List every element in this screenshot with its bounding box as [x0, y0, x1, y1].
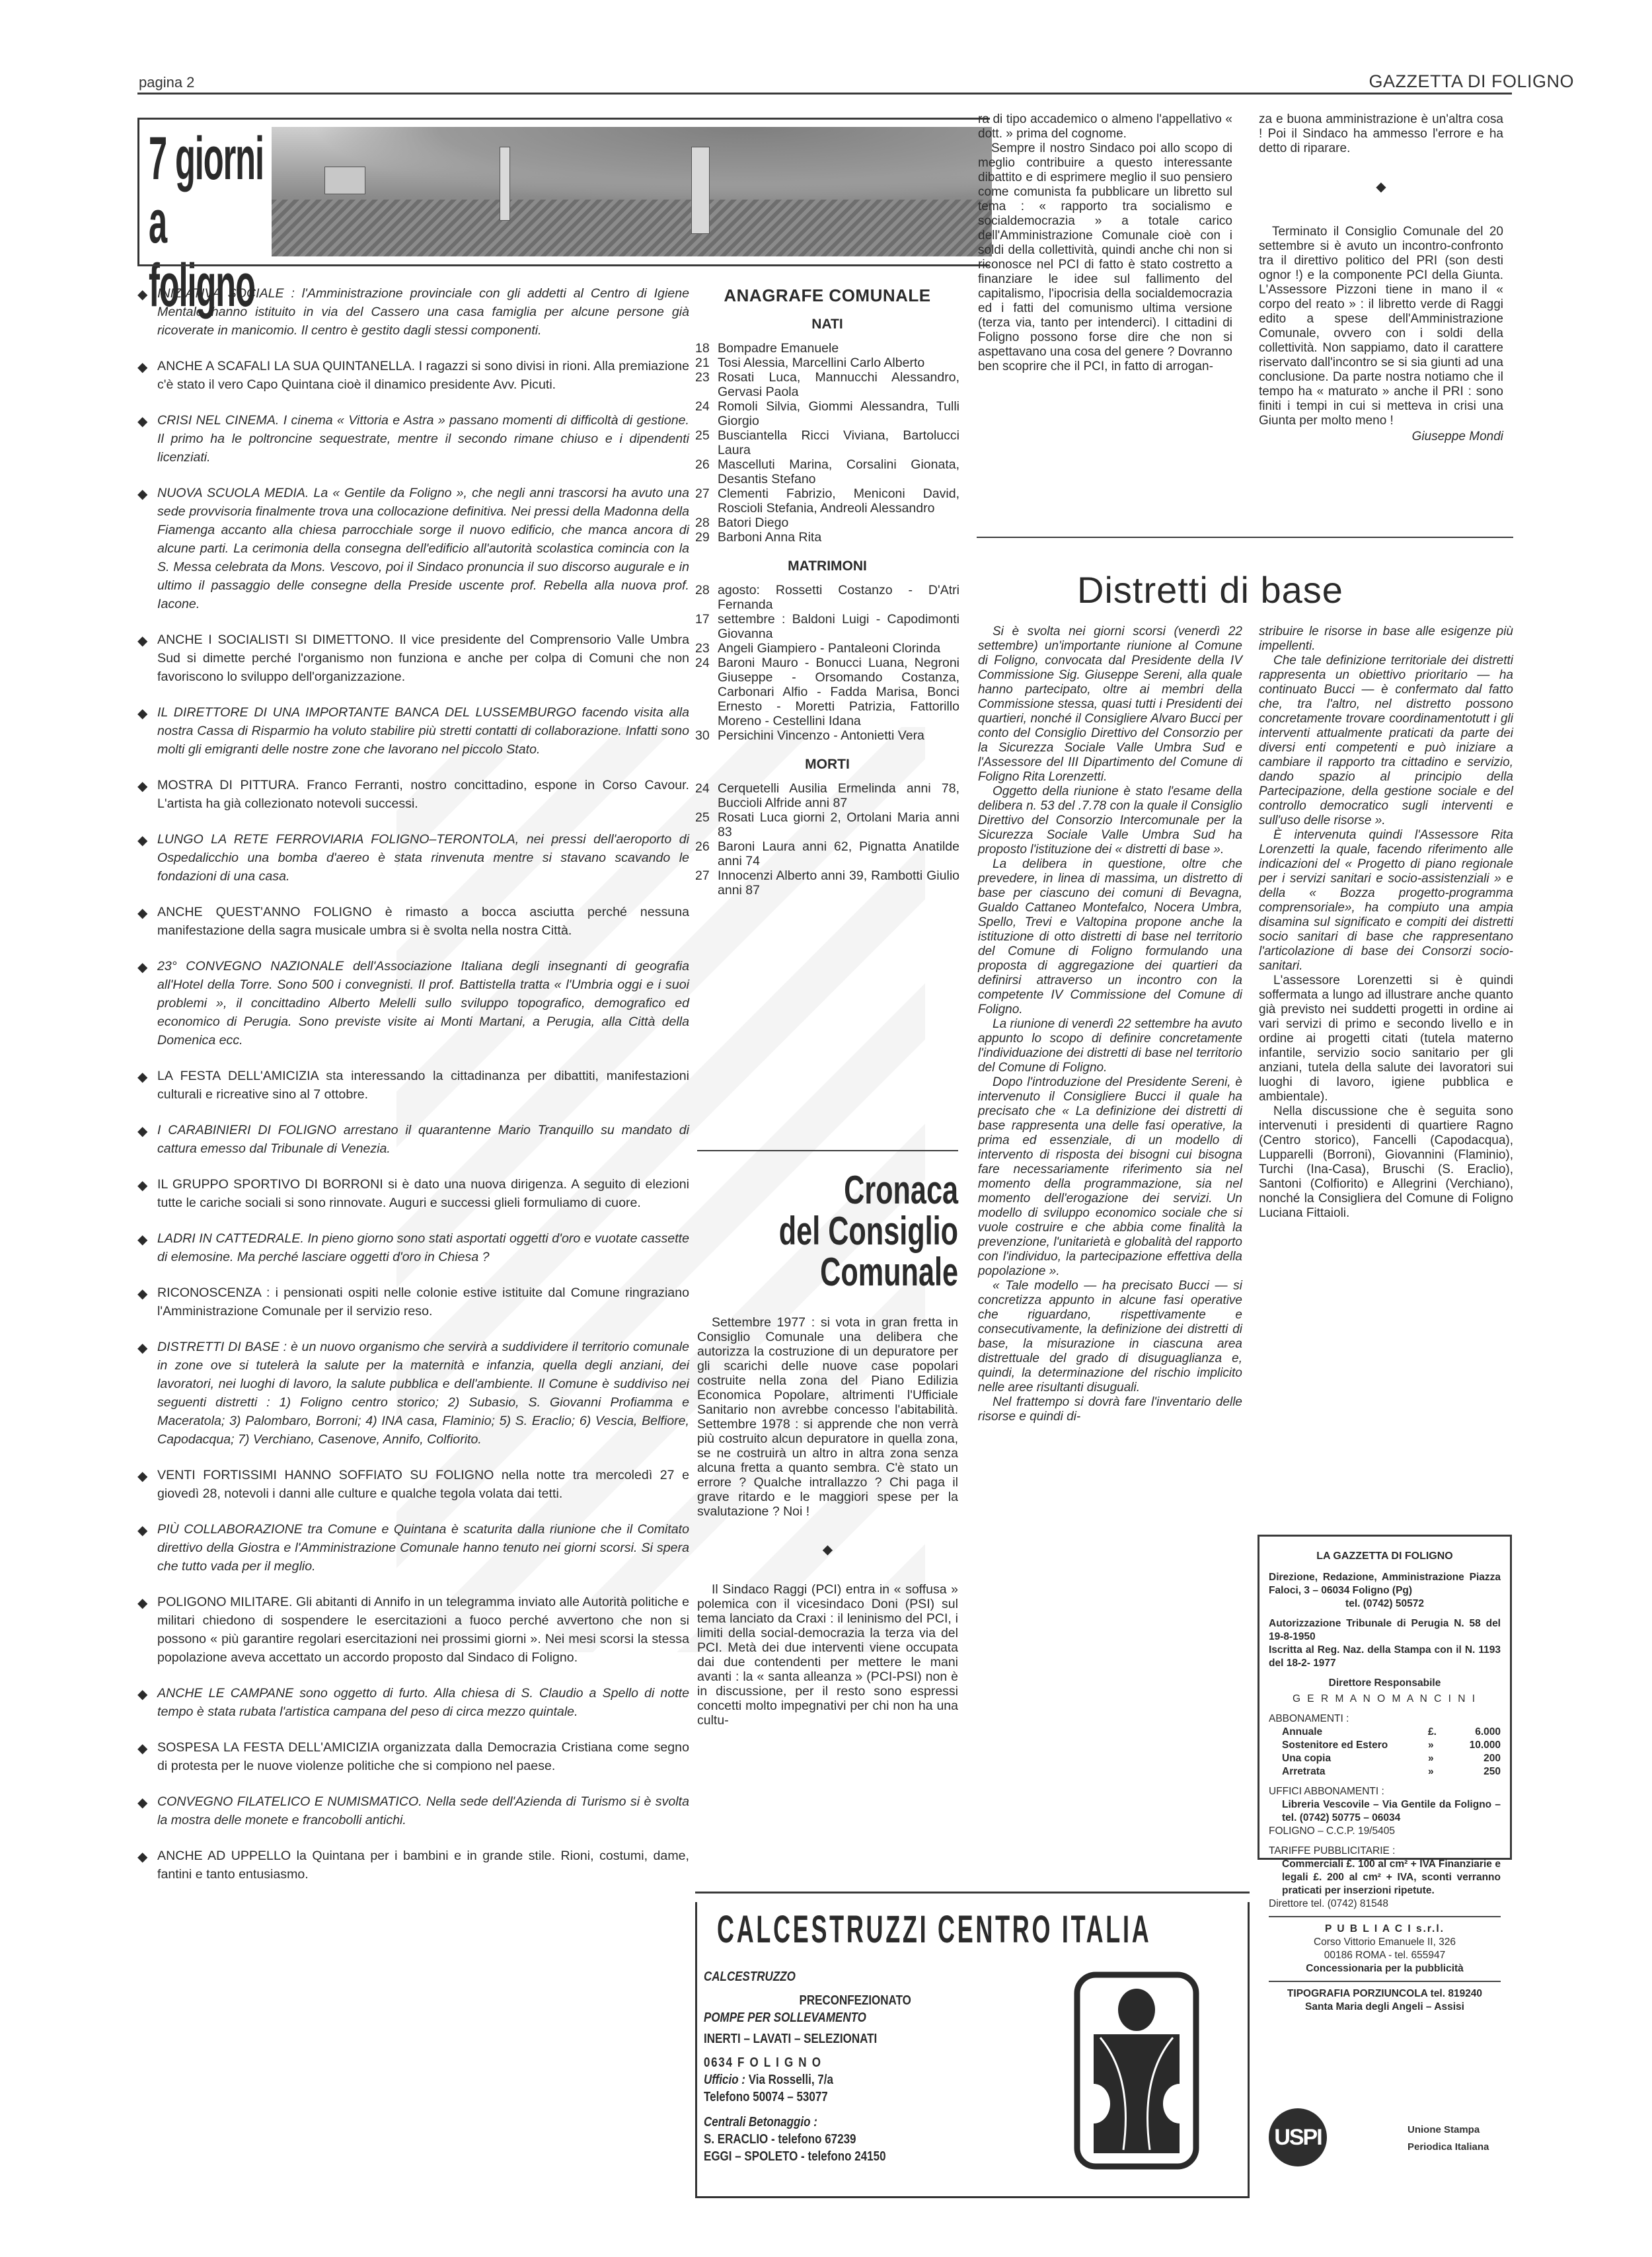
diamond-bullet-icon: ◆: [137, 705, 147, 723]
entry-names: Bompadre Emanuele: [718, 341, 959, 356]
entry-names: Barboni Anna Rita: [718, 530, 959, 545]
colophon-address: Direzione, Redazione, Amministrazione Pi…: [1269, 1571, 1501, 1597]
entry-day: 23: [695, 370, 718, 399]
news-item: ◆SOSPESA LA FESTA DELL'AMICIZIA organizz…: [137, 1738, 689, 1775]
matrimoni-entry: 17settembre : Baldoni Luigi - Capodimont…: [695, 612, 959, 641]
bell-tower-shape: [691, 147, 710, 234]
diamond-bullet-icon: ◆: [137, 1794, 147, 1812]
advert-line: Telefono 50074 – 53077: [704, 2088, 940, 2106]
currency-mark: »: [1428, 1739, 1448, 1752]
news-item: ◆DISTRETTI DI BASE : è un nuovo organism…: [137, 1338, 689, 1449]
diamond-bullet-icon: ◆: [137, 1594, 147, 1613]
entry-day: 28: [695, 516, 718, 530]
nati-entry: 23Rosati Luca, Mannucchi Alessandro, Ger…: [695, 370, 959, 399]
news-item: ◆LADRI IN CATTEDRALE. In pieno giorno so…: [137, 1229, 689, 1266]
agency-address: Corso Vittorio Emanuele II, 326: [1269, 1936, 1501, 1949]
morti-heading: MORTI: [695, 757, 959, 772]
subscription-price: 200: [1448, 1752, 1501, 1765]
entry-day: 24: [695, 656, 718, 728]
diamond-bullet-icon: ◆: [137, 412, 147, 431]
news-item: ◆23° CONVEGNO NAZIONALE dell'Associazion…: [137, 957, 689, 1050]
news-lead: IL GRUPPO SPORTIVO DI BORRONI: [157, 1177, 383, 1192]
diamond-bullet-icon: ◆: [137, 777, 147, 796]
entry-day: 29: [695, 530, 718, 545]
entry-day: 24: [695, 399, 718, 428]
news-lead: IL DIRETTORE DI UNA IMPORTANTE BANCA DEL…: [157, 705, 576, 720]
distretti-paragraph: Nella discussione che è seguita sono int…: [1259, 1104, 1513, 1221]
entry-day: 27: [695, 868, 718, 898]
section-rule: [977, 537, 1513, 538]
diamond-bullet-icon: ◆: [137, 1848, 147, 1866]
colophon-authorization: Autorizzazione Tribunale di Perugia N. 5…: [1269, 1617, 1501, 1644]
entry-day: 28: [695, 583, 718, 612]
page-number: pagina 2: [139, 74, 194, 91]
nati-entry: 18Bompadre Emanuele: [695, 341, 959, 356]
divider: [1269, 1916, 1501, 1917]
news-lead: CRISI NEL CINEMA.: [157, 413, 279, 428]
news-item: ◆ANCHE AD UPPELLO la Quintana per i bamb…: [137, 1847, 689, 1884]
news-item: ◆CONVEGNO FILATELICO E NUMISMATICO. Nell…: [137, 1792, 689, 1829]
news-lead: PIÙ COLLABORAZIONE: [157, 1522, 303, 1537]
rates-text: Commerciali £. 100 al cm² + IVA Finanzia…: [1269, 1858, 1501, 1897]
news-lead: ANCHE QUEST'ANNO FOLIGNO: [157, 905, 372, 919]
news-item: ◆VENTI FORTISSIMI HANNO SOFFIATO SU FOLI…: [137, 1466, 689, 1503]
diamond-bullet-icon: ◆: [137, 632, 147, 650]
news-item: ◆LUNGO LA RETE FERROVIARIA FOLIGNO–TERON…: [137, 830, 689, 886]
uspi-label: Unione Stampa Periodica Italiana: [1408, 2122, 1489, 2156]
nati-heading: NATI: [695, 317, 959, 332]
colophon-phone: tel. (0742) 50572: [1269, 1597, 1501, 1611]
news-item: ◆IL DIRETTORE DI UNA IMPORTANTE BANCA DE…: [137, 703, 689, 759]
author-signature: Giuseppe Mondi: [1259, 430, 1503, 444]
office-label: Ufficio :: [704, 2073, 745, 2087]
cronaca-paragraph: Settembre 1977 : si vota in gran fretta …: [697, 1315, 958, 1519]
offices-text: Libreria Vescovile – Via Gentile da Foli…: [1269, 1798, 1501, 1825]
printer-location: Santa Maria degli Angeli – Assisi: [1269, 2001, 1501, 2014]
news-item: ◆NUOVA SCUOLA MEDIA. La « Gentile da Fol…: [137, 484, 689, 613]
news-lead: ANCHE AD UPPELLO: [157, 1849, 291, 1863]
entry-names: Clementi Fabrizio, Meniconi David, Rosci…: [718, 486, 959, 516]
morti-entry: 24Cerquetelli Ausilia Ermelinda anni 78,…: [695, 781, 959, 810]
nati-entry: 29Barboni Anna Rita: [695, 530, 959, 545]
subscription-row: Una copia»200: [1269, 1752, 1501, 1765]
diamond-bullet-icon: ◆: [137, 831, 147, 850]
news-lead: ANCHE I SOCIALISTI SI DIMETTONO.: [157, 632, 394, 647]
diamond-bullet-icon: ◆: [137, 1176, 147, 1195]
news-lead: POLIGONO MILITARE.: [157, 1595, 292, 1609]
matrimoni-entry: 24Baroni Mauro - Bonucci Luana, Negroni …: [695, 656, 959, 728]
advert-line: PRECONFEZIONATO: [704, 1992, 940, 2009]
news-lead: ANCHE A SCAFALI LA SUA QUINTANELLA.: [157, 359, 415, 373]
diamond-bullet-icon: ◆: [137, 358, 147, 377]
news-lead: INIZIATIVA SOCIALE :: [157, 286, 295, 301]
director-label: Direttore Responsabile: [1269, 1677, 1501, 1690]
offices-label: UFFICI ABBONAMENTI :: [1269, 1785, 1501, 1798]
diamond-bullet-icon: ◆: [137, 1467, 147, 1486]
news-item: ◆IL GRUPPO SPORTIVO DI BORRONI si è dato…: [137, 1175, 689, 1212]
building-shape: [324, 167, 365, 194]
entry-day: 24: [695, 781, 718, 810]
distretti-paragraph: Dopo l'introduzione del Presidente Seren…: [978, 1075, 1242, 1279]
news-item: ◆I CARABINIERI DI FOLIGNO arrestano il q…: [137, 1121, 689, 1158]
cronaca-title-line2: del Consiglio: [697, 1211, 958, 1252]
news-body: è un nuovo organismo che servirà a suddi…: [157, 1340, 689, 1447]
colophon-box: LA GAZZETTA DI FOLIGNO Direzione, Redazi…: [1258, 1535, 1512, 1860]
cronaca-paragraph: Terminato il Consiglio Comunale del 20 s…: [1259, 225, 1503, 428]
subscription-price: 6.000: [1448, 1726, 1501, 1739]
cronaca-paragraph: za e buona amministrazione è un'altra co…: [1259, 112, 1503, 156]
cronaca-title: Cronaca del Consiglio Comunale: [697, 1170, 958, 1293]
entry-day: 30: [695, 728, 718, 743]
entry-names: Baroni Mauro - Bonucci Luana, Negroni Gi…: [718, 656, 959, 728]
diamond-bullet-icon: ◆: [137, 286, 147, 304]
subscription-price: 10.000: [1448, 1739, 1501, 1752]
entry-names: Rosati Luca giorni 2, Ortolani Maria ann…: [718, 810, 959, 839]
cronaca-body: Settembre 1977 : si vota in gran fretta …: [697, 1315, 958, 1728]
distretti-paragraph: La delibera in questione, oltre che prev…: [978, 857, 1242, 1017]
advert-line: S. ERACLIO - telefono 67239: [704, 2131, 940, 2148]
diamond-bullet-icon: ◆: [137, 1231, 147, 1249]
uspi-line1: Unione Stampa: [1408, 2122, 1489, 2139]
entry-names: Angeli Giampiero - Pantaleoni Clorinda: [718, 641, 959, 656]
advert-line: Ufficio : Via Rosselli, 7/a: [704, 2071, 940, 2088]
masthead: 7 giorni a foligno: [137, 119, 992, 264]
matrimoni-heading: MATRIMONI: [695, 559, 959, 574]
distretti-paragraph: La riunione di venerdì 22 settembre ha a…: [978, 1017, 1242, 1075]
printer-name: TIPOGRAFIA PORZIUNCOLA tel. 819240: [1269, 1987, 1501, 2001]
entry-names: Romoli Silvia, Giommi Alessandra, Tulli …: [718, 399, 959, 428]
rooftops-shape: [272, 200, 992, 256]
entry-names: Rosati Luca, Mannucchi Alessandro, Gerva…: [718, 370, 959, 399]
cronaca-title-line3: Comunale: [697, 1252, 958, 1293]
diamond-bullet-icon: ◆: [137, 1521, 147, 1540]
news-item: ◆LA FESTA DELL'AMICIZIA sta interessando…: [137, 1067, 689, 1104]
agency-city: 00186 ROMA - tel. 655947: [1269, 1949, 1501, 1962]
subscription-type: Annuale: [1282, 1726, 1428, 1739]
news-lead: LUNGO LA RETE FERROVIARIA FOLIGNO–TERONT…: [157, 832, 519, 847]
news-item: ◆RICONOSCENZA : i pensionati ospiti nell…: [137, 1283, 689, 1320]
masthead-bottom-rule: [137, 264, 990, 266]
entry-names: Baroni Laura anni 62, Pignatta Anatilde …: [718, 839, 959, 868]
morti-list: 24Cerquetelli Ausilia Ermelinda anni 78,…: [695, 781, 959, 898]
postal-account: FOLIGNO – C.C.P. 19/5405: [1269, 1825, 1501, 1838]
distretti-title: Distretti di base: [1077, 568, 1343, 611]
entry-names: Busciantella Ricci Viviana, Bartolucci L…: [718, 428, 959, 457]
nati-entry: 25Busciantella Ricci Viviana, Bartolucci…: [695, 428, 959, 457]
distretti-col1: Si è svolta nei giorni scorsi (venerdì 2…: [978, 625, 1242, 1424]
divider: [1269, 1981, 1501, 1982]
advert-line: 0634 F O L I G N O: [704, 2054, 940, 2071]
entry-names: Batori Diego: [718, 516, 959, 530]
news-lead: VENTI FORTISSIMI HANNO SOFFIATO SU FOLIG…: [157, 1468, 494, 1482]
matrimoni-entry: 28agosto: Rossetti Costanzo - D'Atri Fer…: [695, 583, 959, 612]
news-lead: DISTRETTI DI BASE :: [157, 1340, 287, 1354]
currency-mark: £.: [1428, 1726, 1448, 1739]
distretti-paragraph: Si è svolta nei giorni scorsi (venerdì 2…: [978, 625, 1242, 784]
rates-label: TARIFFE PUBBLICITARIE :: [1269, 1845, 1501, 1858]
morti-entry: 25Rosati Luca giorni 2, Ortolani Maria a…: [695, 810, 959, 839]
entry-day: 25: [695, 810, 718, 839]
entry-day: 26: [695, 839, 718, 868]
news-body: La « Gentile da Foligno », che negli ann…: [157, 486, 689, 611]
news-item: ◆POLIGONO MILITARE. Gli abitanti di Anni…: [137, 1593, 689, 1667]
advert-line: POMPE PER SOLLEVAMENTO: [704, 2009, 940, 2026]
diamond-bullet-icon: ◆: [137, 1285, 147, 1303]
entry-day: 23: [695, 641, 718, 656]
news-lead: ANCHE LE CAMPANE: [157, 1686, 293, 1701]
section-rule: [697, 1150, 958, 1151]
morti-entry: 26Baroni Laura anni 62, Pignatta Anatild…: [695, 839, 959, 868]
news-lead: SOSPESA LA FESTA DELL'AMICIZIA: [157, 1740, 379, 1755]
nati-list: 18Bompadre Emanuele21Tosi Alessia, Marce…: [695, 341, 959, 545]
subscription-prices: Annuale£.6.000Sostenitore ed Estero»10.0…: [1269, 1726, 1501, 1779]
advert-line: INERTI – LAVATI – SELEZIONATI: [704, 2030, 940, 2047]
news-item: ◆ANCHE A SCAFALI LA SUA QUINTANELLA. I r…: [137, 357, 689, 394]
matrimoni-entry: 30Persichini Vincenzo - Antonietti Vera: [695, 728, 959, 743]
diamond-bullet-icon: ◆: [137, 904, 147, 923]
distretti-paragraph: stribuire le risorse in base alle esigen…: [1259, 625, 1513, 654]
news-lead: I CARABINIERI DI FOLIGNO: [157, 1123, 336, 1137]
nati-entry: 21Tosi Alessia, Marcellini Carlo Alberto: [695, 356, 959, 370]
company-logo-icon: [1074, 1971, 1199, 2173]
colophon-registration: Iscritta al Reg. Naz. della Stampa con i…: [1269, 1644, 1501, 1670]
distretti-col2: stribuire le risorse in base alle esigen…: [1259, 625, 1513, 1221]
subscription-row: Arretrata»250: [1269, 1765, 1501, 1779]
news-lead: RICONOSCENZA :: [157, 1285, 270, 1300]
entry-day: 21: [695, 356, 718, 370]
entry-day: 18: [695, 341, 718, 356]
diamond-bullet-icon: ◆: [137, 1068, 147, 1087]
cronaca-title-line1: Cronaca: [697, 1170, 958, 1211]
nati-entry: 26Mascelluti Marina, Corsalini Gionata, …: [695, 457, 959, 486]
news-item: ◆ANCHE I SOCIALISTI SI DIMETTONO. Il vic…: [137, 631, 689, 686]
distretti-paragraph: « Tale modello — ha precisato Bucci — si…: [978, 1279, 1242, 1395]
cronaca-paragraph: Sempre il nostro Sindaco poi allo scopo …: [978, 141, 1232, 374]
advert-line: EGGI – SPOLETO - telefono 24150: [704, 2148, 940, 2165]
news-lead: CONVEGNO FILATELICO E NUMISMATICO.: [157, 1794, 422, 1809]
entry-names: Persichini Vincenzo - Antonietti Vera: [718, 728, 959, 743]
director-name: G E R M A N O M A N C I N I: [1269, 1693, 1501, 1706]
subscription-type: Sostenitore ed Estero: [1282, 1739, 1428, 1752]
news-lead: LA FESTA DELL'AMICIZIA: [157, 1069, 319, 1083]
masthead-title-line1: 7 giorni: [149, 127, 269, 190]
news-item: ◆MOSTRA DI PITTURA. Franco Ferranti, nos…: [137, 776, 689, 813]
matrimoni-list: 28agosto: Rossetti Costanzo - D'Atri Fer…: [695, 583, 959, 743]
advert-line: Centrali Betonaggio :: [704, 2114, 940, 2131]
news-item: ◆PIÙ COLLABORAZIONE tra Comune e Quintan…: [137, 1520, 689, 1576]
nati-entry: 27Clementi Fabrizio, Meniconi David, Ros…: [695, 486, 959, 516]
currency-mark: »: [1428, 1765, 1448, 1779]
news-item: ◆ANCHE QUEST'ANNO FOLIGNO è rimasto a bo…: [137, 903, 689, 940]
entry-day: 26: [695, 457, 718, 486]
cronaca-continued-col2: za e buona amministrazione è un'altra co…: [1259, 112, 1503, 444]
distretti-paragraph: Nel frattempo si dovrà fare l'inventario…: [978, 1395, 1242, 1424]
calcestruzzi-advert: CALCESTRUZZI CENTRO ITALIA CALCESTRUZZO …: [695, 1902, 1250, 2198]
entry-names: agosto: Rossetti Costanzo - D'Atri Ferna…: [718, 583, 959, 612]
distretti-paragraph: L'assessore Lorenzetti si è quindi soffe…: [1259, 974, 1513, 1104]
director-phone: Direttore tel. (0742) 81548: [1269, 1897, 1501, 1911]
city-panorama-photo: [272, 127, 992, 256]
entry-names: Mascelluti Marina, Corsalini Gionata, De…: [718, 457, 959, 486]
morti-entry: 27Innocenzi Alberto anni 39, Rambotti Gi…: [695, 868, 959, 898]
news-brief-list: ◆INIZIATIVA SOCIALE : l'Amministrazione …: [137, 284, 689, 1901]
advert-text: CALCESTRUZZO PRECONFEZIONATO POMPE PER S…: [704, 1968, 981, 2165]
uspi-line2: Periodica Italiana: [1408, 2139, 1489, 2156]
bell-tower-shape: [500, 147, 510, 221]
diamond-bullet-icon: ◆: [137, 1685, 147, 1704]
subscriptions-label: ABBONAMENTI :: [1269, 1712, 1501, 1726]
entry-day: 25: [695, 428, 718, 457]
distretti-paragraph: Oggetto della riunione è stato l'esame d…: [978, 784, 1242, 857]
anagrafe-section: ANAGRAFE COMUNALE NATI 18Bompadre Emanue…: [695, 278, 959, 898]
diamond-separator-icon: ◆: [1259, 180, 1503, 194]
cronaca-continued-col1: ra di tipo accademico o almeno l'appella…: [978, 112, 1232, 374]
hill-shape: [311, 127, 992, 206]
matrimoni-entry: 23Angeli Giampiero - Pantaleoni Clorinda: [695, 641, 959, 656]
anagrafe-title: ANAGRAFE COMUNALE: [695, 288, 959, 303]
entry-day: 27: [695, 486, 718, 516]
entry-names: settembre : Baldoni Luigi - Capodimonti …: [718, 612, 959, 641]
agency-role: Concessionaria per la pubblicità: [1269, 1962, 1501, 1975]
entry-names: Innocenzi Alberto anni 39, Rambotti Giul…: [718, 868, 959, 898]
news-lead: LADRI IN CATTEDRALE.: [157, 1231, 304, 1246]
entry-names: Tosi Alessia, Marcellini Carlo Alberto: [718, 356, 959, 370]
diamond-bullet-icon: ◆: [137, 958, 147, 977]
office-address: Via Rosselli, 7/a: [745, 2073, 833, 2087]
advert-top-rule: [695, 1892, 1250, 1894]
news-lead: NUOVA SCUOLA MEDIA.: [157, 486, 309, 500]
subscription-type: Arretrata: [1282, 1765, 1428, 1779]
nati-entry: 24Romoli Silvia, Giommi Alessandra, Tull…: [695, 399, 959, 428]
nati-entry: 28Batori Diego: [695, 516, 959, 530]
cronaca-paragraph: Il Sindaco Raggi (PCI) entra in « soffus…: [697, 1582, 958, 1728]
entry-day: 17: [695, 612, 718, 641]
subscription-row: Annuale£.6.000: [1269, 1726, 1501, 1739]
entry-names: Cerquetelli Ausilia Ermelinda anni 78, B…: [718, 781, 959, 810]
diamond-bullet-icon: ◆: [137, 1740, 147, 1758]
distretti-paragraph: È intervenuta quindi l'Assessore Rita Lo…: [1259, 828, 1513, 974]
header-rule: [137, 93, 1512, 95]
publication-name: GAZZETTA DI FOLIGNO: [1369, 71, 1574, 92]
news-item: ◆ANCHE LE CAMPANE sono oggetto di furto.…: [137, 1684, 689, 1721]
subscription-row: Sostenitore ed Estero»10.000: [1269, 1739, 1501, 1752]
news-lead: MOSTRA DI PITTURA.: [157, 778, 299, 792]
diamond-bullet-icon: ◆: [137, 1339, 147, 1358]
agency-name: P U B L I A C I s.r.l.: [1269, 1923, 1501, 1936]
diamond-separator-icon: ◆: [697, 1543, 958, 1557]
subscription-price: 250: [1448, 1765, 1501, 1779]
advert-title: CALCESTRUZZI CENTRO ITALIA: [717, 1907, 1242, 1952]
cronaca-paragraph: ra di tipo accademico o almeno l'appella…: [978, 112, 1232, 141]
uspi-logo-icon: USPI: [1269, 2108, 1327, 2166]
currency-mark: »: [1428, 1752, 1448, 1765]
news-item: ◆INIZIATIVA SOCIALE : l'Amministrazione …: [137, 284, 689, 340]
diamond-bullet-icon: ◆: [137, 485, 147, 504]
diamond-bullet-icon: ◆: [137, 1122, 147, 1141]
distretti-paragraph: Che tale definizione territoriale dei di…: [1259, 654, 1513, 828]
colophon-title: LA GAZZETTA DI FOLIGNO: [1269, 1550, 1501, 1563]
news-item: ◆CRISI NEL CINEMA. I cinema « Vittoria e…: [137, 411, 689, 467]
subscription-type: Una copia: [1282, 1752, 1428, 1765]
advert-line: CALCESTRUZZO: [704, 1968, 940, 1985]
news-lead: 23° CONVEGNO NAZIONALE: [157, 959, 344, 974]
